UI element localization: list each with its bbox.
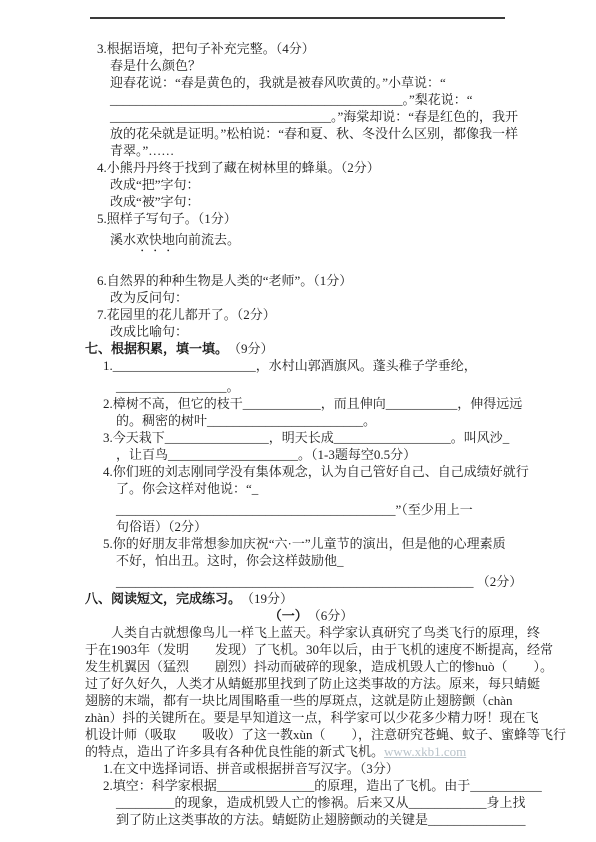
question-4: 4.小熊丹丹终于找到了藏在树林里的蜂巢。（2分） <box>97 159 537 176</box>
reading-question-2-wrap: _________的现象，造成机毁人亡的惨祸。后来又从____________身… <box>116 794 537 811</box>
question-6-answer-line: 改为反问句： <box>110 289 537 306</box>
section-8-title: 八、阅读短文，完成练习。 <box>85 591 235 606</box>
question-7: 7.花园里的花儿都开了。（2分） <box>97 306 537 323</box>
section-7-item-1-blank: _________________。 <box>116 378 537 395</box>
section-7-item-1: 1.______________________，水村山郭酒旗风。蓬头稚子学垂纶… <box>103 357 537 374</box>
question-3: 3.根据语境，把句子补充完整。（4分） <box>97 40 537 57</box>
section-7-item-2: 2.樟树不高，但它的枝干____________，而且伸向___________… <box>103 395 537 412</box>
passage-line: 翅膀的末端，都有一块比周围略重一些的厚斑点，这就是防止翅膀颤（chàn <box>85 692 537 709</box>
question-6: 6.自然界的种种生物是人类的“老师”。（1分） <box>97 272 537 289</box>
reading-question-1: 1.在文中选择词语、拼音或根据拼音写汉字。（3分） <box>103 760 537 777</box>
part-number: （一） <box>269 608 302 623</box>
passage-part-label: （一） （6分） <box>85 607 537 624</box>
top-rule <box>90 17 505 19</box>
section-7-item-5: 5.你的好朋友非常想参加庆祝“六·一”儿童节的演出，但是他的心理素质 <box>103 535 537 552</box>
reading-question-2-wrap: 到了防止这类事故的方法。蜻蜓防止翅膀颤动的关键是_______________ <box>116 811 537 828</box>
question-4-answer-line: 改成“被”字句： <box>110 193 537 210</box>
section-7-item-5-blank: ________________________________________… <box>116 573 537 590</box>
question-3-line: 放的花朵就是证明。”松柏说：“春和夏、秋、冬没什么区别，都像我一样 <box>110 125 537 142</box>
passage-line: 人类自古就想像鸟儿一样飞上蓝天。科学家认真研究了鸟类飞行的原理，终 <box>85 624 537 641</box>
reading-question-2: 2.填空：科学家根据_______________的原理，造出了飞机。由于___… <box>103 777 537 794</box>
section-7-title: 七、根据积累，填一填。 <box>85 341 222 356</box>
question-7-answer-line: 改成比喻句： <box>110 323 537 340</box>
section-7-item-2-wrap: 的。稠密的树叶________________________。 <box>116 412 537 429</box>
passage-line: 发生机翼因（猛烈 剧烈）抖动而破碎的现象，造成机毁人亡的惨huò（ ）。 <box>85 658 537 675</box>
question-3-line: 青翠。”…… <box>110 142 537 159</box>
question-5-sample-sentence: 溪水欢快地向前流去。 <box>110 231 537 255</box>
section-7-item-4-blank: ________________________________________… <box>116 501 537 518</box>
question-4-answer-line: 改成“把”字句： <box>110 176 537 193</box>
passage-line: zhàn）抖的关键所在。要是早知道这一点，科学家可以少花多少精力呀！现在飞 <box>85 709 537 726</box>
section-7-item-4-wrap: 句俗语）（2分） <box>116 518 537 535</box>
question-3-blank-line: ________________________________________… <box>110 91 537 108</box>
question-3-blank-line: __________________________________。”海棠却说… <box>110 108 537 125</box>
passage-line: 机设计师（吸取 吸收）了这一教xùn（ ），注意研究苍蝇、蚊子、蜜蜂等飞行 <box>85 726 537 743</box>
passage-line: 过了好久好久，人类才从蜻蜓那里找到了防止这类事故的方法。原来，每只蜻蜓 <box>85 675 537 692</box>
section-8-score: （19分） <box>235 591 294 606</box>
emphasized-words: 欢快地 <box>136 232 175 247</box>
sentence-prefix: 溪水 <box>110 232 136 247</box>
part-score: （6分） <box>301 608 353 623</box>
section-7-header: 七、根据积累，填一填。 （9分） <box>85 340 537 357</box>
section-7-score: （9分） <box>222 341 274 356</box>
watermark-text: www.xkb1.com <box>384 744 466 759</box>
section-7-item-3-wrap: ，让百鸟____________________。（1-3题每空0.5分） <box>116 446 537 463</box>
sentence-suffix: 向前流去。 <box>175 232 240 247</box>
section-7-item-4-wrap: 了。你会这样对他说：“_ <box>116 480 537 497</box>
exam-paper-page: 3.根据语境，把句子补充完整。（4分） 春是什么颜色？ 迎春花说：“春是黄色的，… <box>0 0 596 842</box>
question-3-line: 迎春花说：“春是黄色的，我就是被春风吹黄的。”小草说：“ <box>110 74 537 91</box>
passage-line: 于在1903年（发明 发现）了飞机。30年以后，由于飞机的速度不断提高，经常 <box>85 641 537 658</box>
passage-text: 的特点，造出了许多具有各种优良性能的新式飞机。 <box>85 744 384 759</box>
page-content: 3.根据语境，把句子补充完整。（4分） 春是什么颜色？ 迎春花说：“春是黄色的，… <box>85 40 537 828</box>
section-7-item-4: 4.你们班的刘志刚同学没有集体观念，认为自己管好自己、自己成绩好就行 <box>103 463 537 480</box>
passage-line: 的特点，造出了许多具有各种优良性能的新式飞机。www.xkb1.com <box>85 743 537 760</box>
question-3-line: 春是什么颜色？ <box>110 57 537 74</box>
section-7-item-5-wrap: 不好，怕出丑。这时，你会这样鼓励他_ <box>116 552 537 569</box>
question-5: 5.照样子写句子。（1分） <box>97 210 537 227</box>
section-7-item-3: 3.今天栽下________________，明天长成_____________… <box>103 429 537 446</box>
section-8-header: 八、阅读短文，完成练习。 （19分） <box>85 590 537 607</box>
